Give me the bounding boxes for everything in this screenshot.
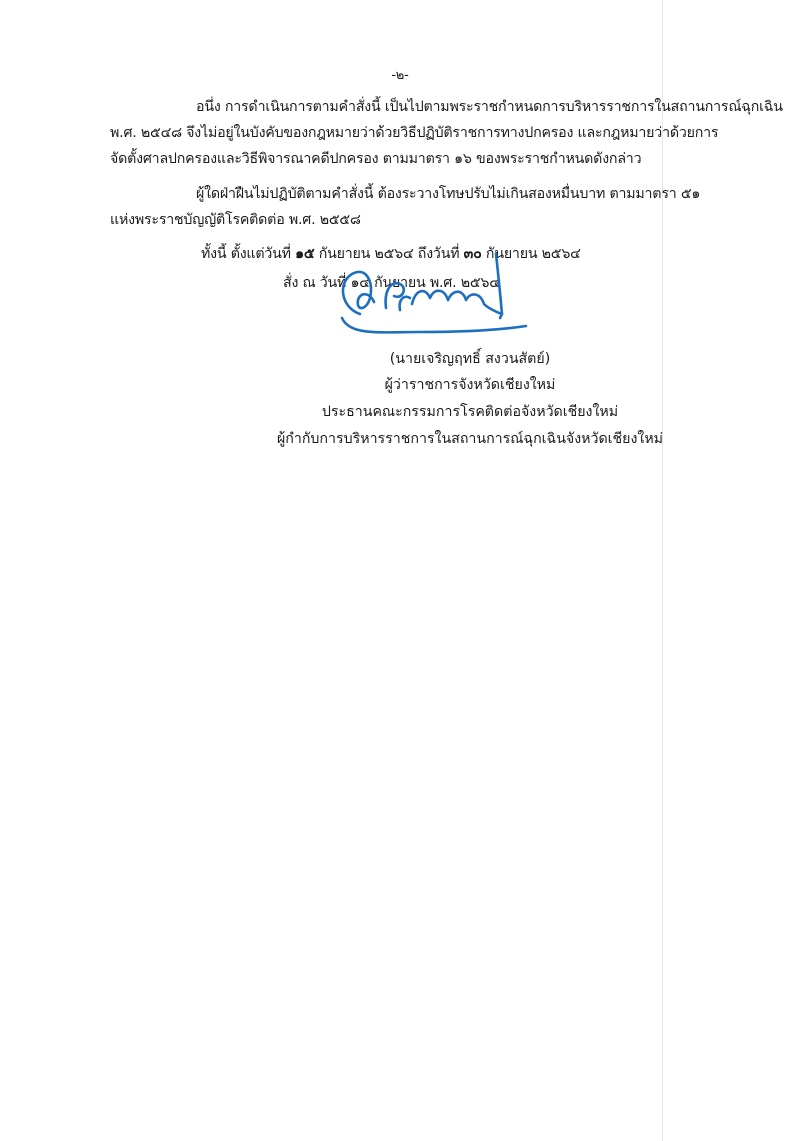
paragraph-1-line-2: พ.ศ. ๒๕๔๘ จึงไม่อยู่ในบังคับของกฎหมายว่า… [110, 123, 718, 143]
signature-icon [330, 252, 530, 344]
paragraph-2-line-2: แห่งพระราชบัญญัติโรคติดต่อ พ.ศ. ๒๕๕๘ [110, 210, 361, 230]
signatory-title-3: ผู้กำกับการบริหารราชการในสถานการณ์ฉุกเฉิ… [0, 429, 800, 449]
paragraph-1-line-1: อนึ่ง การดำเนินการตามคำสั่งนี้ เป็นไปตาม… [196, 97, 783, 117]
paragraph-1-line-3: จัดตั้งศาลปกครองและวิธีพิจารณาคดีปกครอง … [110, 149, 641, 169]
period-prefix: ทั้งนี้ ตั้งแต่วันที่ [201, 246, 295, 262]
signatory-title-2: ประธานคณะกรรมการโรคติดต่อจังหวัดเชียงใหม… [0, 402, 800, 422]
signatory-title-1: ผู้ว่าราชการจังหวัดเชียงใหม่ [0, 375, 800, 395]
start-day: ๑๕ [295, 246, 314, 262]
scan-fold-line [662, 0, 663, 1141]
document-page: -๒- อนึ่ง การดำเนินการตามคำสั่งนี้ เป็นไ… [0, 0, 800, 1141]
page-number: -๒- [0, 66, 800, 86]
signatory-name: (นายเจริญฤทธิ์ สงวนสัตย์) [0, 349, 800, 369]
paragraph-2-line-1: ผู้ใดฝ่าฝืนไม่ปฏิบัติตามคำสั่งนี้ ต้องระ… [196, 184, 700, 204]
